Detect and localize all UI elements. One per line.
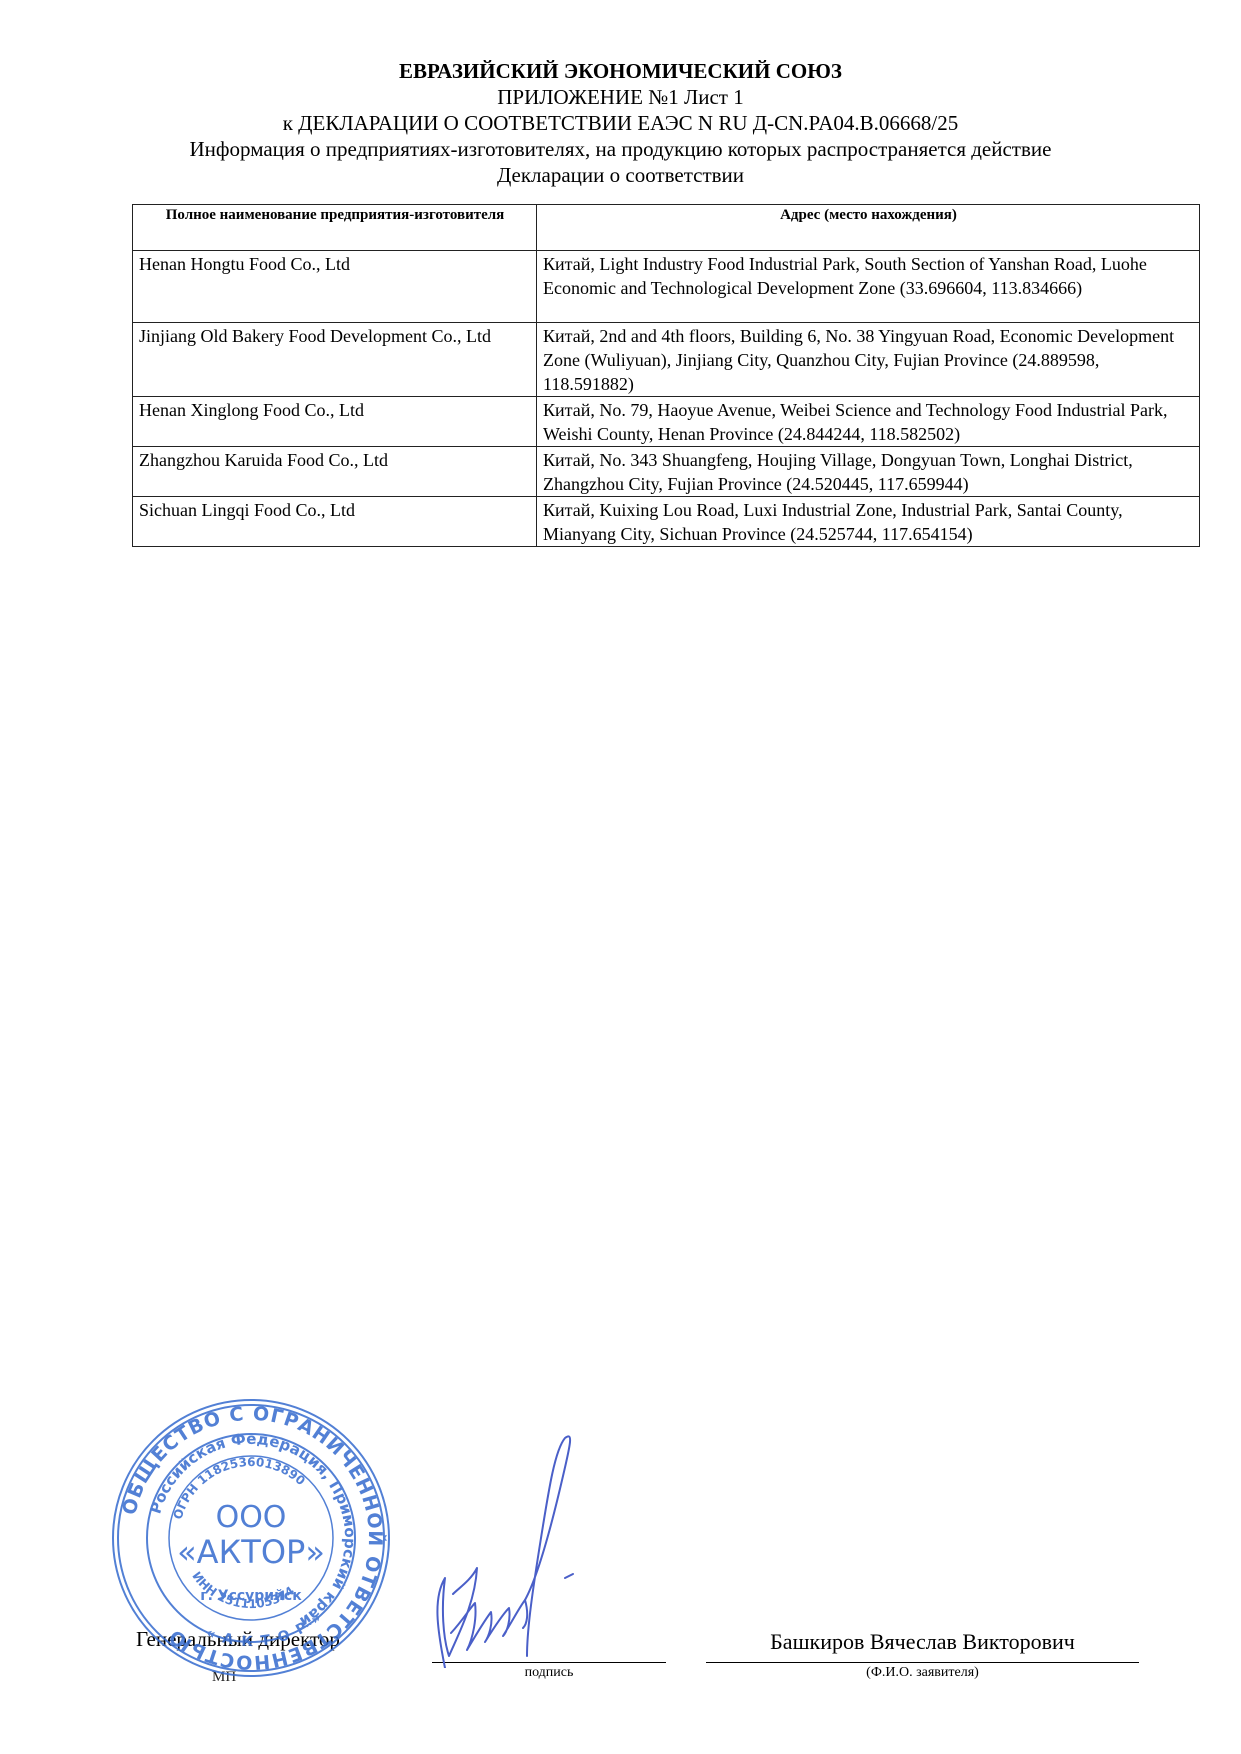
manufacturer-name: Jinjiang Old Bakery Food Development Co.… xyxy=(133,323,537,397)
info-line-2: Декларации о соответствии xyxy=(0,162,1241,188)
column-header-name: Полное наименование предприятия-изготови… xyxy=(133,205,537,251)
declaration-reference: к ДЕКЛАРАЦИИ О СООТВЕТСТВИИ ЕАЭС N RU Д-… xyxy=(0,110,1241,136)
stamp-org-line-2: «АКТОР» xyxy=(177,1533,325,1571)
table-row: Sichuan Lingqi Food Co., Ltd Китай, Kuix… xyxy=(133,497,1200,547)
manufacturer-address: Китай, Light Industry Food Industrial Pa… xyxy=(537,251,1200,323)
name-caption: (Ф.И.О. заявителя) xyxy=(706,1664,1139,1682)
info-line-1: Информация о предприятиях-изготовителях,… xyxy=(0,136,1241,162)
table-row: Henan Xinglong Food Co., Ltd Китай, No. … xyxy=(133,397,1200,447)
signer-full-name: Башкиров Вячеслав Викторович xyxy=(706,1628,1139,1656)
appendix-title: ПРИЛОЖЕНИЕ №1 Лист 1 xyxy=(0,84,1241,110)
column-header-address-text: Адрес (место нахождения) xyxy=(543,206,1194,224)
column-header-address: Адрес (место нахождения) xyxy=(537,205,1200,251)
table-header-row: Полное наименование предприятия-изготови… xyxy=(133,205,1200,251)
stamp-org-line-1: ООО xyxy=(216,1500,287,1535)
manufacturer-address: Китай, No. 79, Haoyue Avenue, Weibei Sci… xyxy=(537,397,1200,447)
table-row: Zhangzhou Karuida Food Co., Ltd Китай, N… xyxy=(133,447,1200,497)
name-line xyxy=(706,1662,1139,1663)
union-title: ЕВРАЗИЙСКИЙ ЭКОНОМИЧЕСКИЙ СОЮЗ xyxy=(0,58,1241,84)
company-stamp-icon: ОБЩЕСТВО С ОГРАНИЧЕННОЙ ОТВЕТСТВЕННОСТЬЮ… xyxy=(108,1395,394,1681)
document-header: ЕВРАЗИЙСКИЙ ЭКОНОМИЧЕСКИЙ СОЮЗ ПРИЛОЖЕНИ… xyxy=(0,58,1241,188)
manufacturer-name: Henan Xinglong Food Co., Ltd xyxy=(133,397,537,447)
column-header-name-text: Полное наименование предприятия-изготови… xyxy=(139,206,531,224)
manufacturer-name: Sichuan Lingqi Food Co., Ltd xyxy=(133,497,537,547)
manufacturer-name: Henan Hongtu Food Co., Ltd xyxy=(133,251,537,323)
manufacturer-address: Китай, 2nd and 4th floors, Building 6, N… xyxy=(537,323,1200,397)
table-row: Jinjiang Old Bakery Food Development Co.… xyxy=(133,323,1200,397)
manufacturer-address: Китай, No. 343 Shuangfeng, Houjing Villa… xyxy=(537,447,1200,497)
stamp-city: г. Уссурийск xyxy=(200,1588,302,1604)
manufacturer-address: Китай, Kuixing Lou Road, Luxi Industrial… xyxy=(537,497,1200,547)
manufacturer-name: Zhangzhou Karuida Food Co., Ltd xyxy=(133,447,537,497)
table-row: Henan Hongtu Food Co., Ltd Китай, Light … xyxy=(133,251,1200,323)
manufacturers-table: Полное наименование предприятия-изготови… xyxy=(132,204,1200,547)
handwritten-signature-icon xyxy=(415,1428,615,1668)
